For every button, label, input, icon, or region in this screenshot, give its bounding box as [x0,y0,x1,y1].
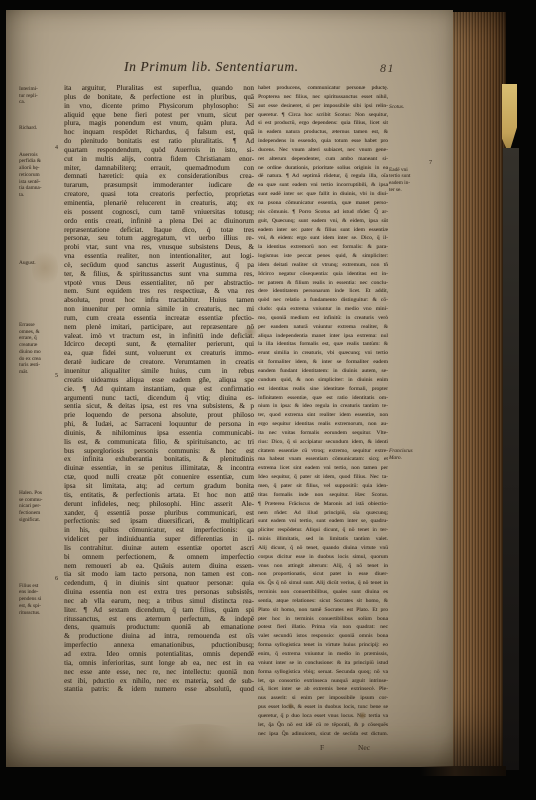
text-line: erunt similia in creaturis, vbi quæcunq;… [258,349,388,358]
text-line: nec ab vlla earum, neq; a tribus simul d… [64,597,254,606]
text-line: in vno, dicente primo Physicorum phyloso… [64,102,254,111]
text-line: queretur. ¶ Circa hoc scribit Scotus: No… [258,111,388,120]
text-line: mo, quoniā medium est infinitū: in creat… [258,314,388,323]
text-line: ducens. Nec vnum alteri subiacet, nec vn… [258,146,388,155]
note-eadem-vni-tertio: 7Eadē vnitertio sunteadem in-ter se. [389,160,435,194]
text-line: vni, & eidem: ergo sunt idem inter se. D… [258,234,388,243]
text-line: sunt eadē inter se: quæ fallit in diuini… [258,190,388,199]
note-number-5: 5 [19,373,61,380]
text-line: nem. Sunt equidem tres res respectiuæ, &… [64,287,254,296]
margin-note-line: Interimi- [19,86,61,93]
note-halensis: Halen. Posse commu-nicari per-fectionems… [19,490,61,524]
text-line: personæ, seu totum aggregatum, vt uerbo … [64,234,254,243]
text-line: infinitatem essentiæ, quæ est ratio iden… [258,394,388,403]
text-line: videlicet per indiuiduantia super differ… [64,535,254,544]
text-line: vtpotè vnus Deus essentialiter, nō per a… [64,279,254,288]
text-line: ne ordine durationis, prioritate solius … [258,164,388,173]
text-column-right: habet producens, communicatur personæ pd… [258,84,388,738]
text-line: lis contrahitur. diuinæ autem essentiæ o… [64,544,254,553]
text-line: ¶ Præterea Frāciscus de Maronis ad istā … [258,500,388,509]
margin-note-line: 5 [19,373,61,380]
text-line: potest fieri illatio. Prima via non quad… [258,623,388,632]
text-line: ter, & filius, & spiritussanctus sunt vn… [64,270,254,279]
text-line: phi, & Iudæi, ac Sarraceni loquuntur de … [64,420,254,429]
text-line: imperfectio annexa emanationibus, pducti… [64,641,254,650]
text-line: ritussanctus, est ens æternum perfectum,… [64,615,254,624]
text-line: Idcirco negatur cōsequentia: quia identi… [258,270,388,279]
page-number: 81 [380,61,395,76]
text-line: cedendum, q̄ in diuinis sint quatuor per… [64,579,254,588]
photo-backdrop: { "header": { "title": "In Primum lib. S… [0,0,536,800]
text-line: ex infinita exhuberantia bonitatis, & pl… [64,455,254,464]
text-line: minis illimitatis, sed in limitatis tant… [258,535,388,544]
text-line: enim, q̄ extrema vniuntur in medio in pr… [258,650,388,659]
text-line: ergo sequitur identitas realis extremoru… [258,420,388,429]
text-line: turarum, præsumpsit immoderanter iudicar… [64,181,254,190]
text-line: diuinis, & nihilominus ipsa essentia com… [64,429,254,438]
page-edge-sliver [502,84,517,154]
margin-note-line: ta. [19,192,61,199]
margin-note-line: creaturæ [19,342,61,349]
text-line: rius: Dico, q̄ si accipiatur secundum id… [258,438,388,447]
note-franciscus-maro: FranciscusMaro. [389,448,435,461]
text-line: absoluta, prout hoc infra tractabitur. H… [64,296,254,305]
text-line: Propterea nec filius, nec spiritussanctu… [258,93,388,102]
text-line: non proportionatis, sicut patet in esse … [258,570,388,579]
text-line: habet producens, communicatur personæ pd… [258,84,388,93]
text-line: ad extra. Ideo omnis potentialitas, omni… [64,650,254,659]
text-line: extrema licet sint eadem vni tertio, non… [258,464,388,473]
text-line: do plenitudo bonitatis est ratio plurali… [64,137,254,146]
text-line: prie loquendo de persona absolute, prout… [64,411,254,420]
margin-note-line: ritussctus. [19,610,61,617]
text-line: cè, secūdum quod sanctus asserit Augusti… [64,261,254,270]
text-line: ita nec vnitas formalis eorundem sequitu… [258,429,388,438]
text-line: ter patrem & filium realis in essentia: … [258,279,388,288]
note-richardus: Richard. [19,125,61,132]
margin-note-line: eadem in- [389,180,435,187]
text-line: valet secundū istos responsio: quoniā om… [258,632,388,641]
margin-note-line: 6 [19,576,61,583]
text-line: idem deitati realiter sit vtrunq; extrem… [258,261,388,270]
text-line: est identitas realis sine identitate for… [258,385,388,394]
text-line: nem rñdet: Ad illud principiū, oīa quæcu… [258,509,388,518]
text-line: repræsentatione deficiat. Itaque dico, q… [64,226,254,235]
text-line: stantia patris: & idem numero esse absol… [64,685,254,694]
margin-note-line: significat. [19,517,61,524]
margin-note-line: diuino mo [19,349,61,356]
text-line: dens, quamuis productum: quoniā ab emana… [64,623,254,632]
text-line: guit, Quæcunq; sunt eadem vni, & eidem, … [258,217,388,226]
text-line: dē natura. ¶ Ad septimā rñdetur, q̄ regu… [258,172,388,181]
text-line: aut esse desineret, si per impossibile s… [258,102,388,111]
text-line: valeat. imò vt tractum est, in infinitū … [64,332,254,341]
text-line: nium in ipsa: & ideo regula in creaturis… [258,402,388,411]
text-line: Idcirco decepti sunt, & ęternaliter peri… [64,340,254,349]
book-fore-edge [453,12,506,768]
margin-note-line: turis æsti- [19,362,61,369]
text-line: pter hoc in terminis conuertibilibus sol… [258,615,388,624]
note-scotus: Scotus. [389,104,435,111]
text-line: men, q̄ pater sit filius, vel suppositū:… [258,482,388,491]
text-line: quartam respondendum, quòd Auerrois in i… [64,146,254,155]
text-line: aliqua independentia manet inter ipsa ex… [258,332,388,341]
text-line: non inuenitur per omnia simile in creatu… [64,305,254,314]
text-line: & productione diuina ad intra, remouenda… [64,632,254,641]
text-line: vna essentia realiter, non intentionalit… [64,252,254,261]
text-line: queretur, q̄ p duo loca esset vnus locus… [258,712,388,721]
margin-note-line: Franciscus [389,448,435,455]
margin-note-line: est, & spi- [19,603,61,610]
text-line: ea quæ sunt eadem vni tertio incorruptib… [258,181,388,190]
text-line: probi vtar, sunt vna res, vnusque subsis… [64,243,254,252]
text-line: eminentia, plenariè relucerent in creatu… [64,199,254,208]
text-line: plura, magis ponendum est vnum, quàm plu… [64,119,254,128]
text-line: est ibi, pductio ex nihilo, nec ex mater… [64,677,254,686]
margin-note-line: reticorum [19,172,61,179]
text-line: inuenitur aliqualiter simile huius, cum … [64,367,254,376]
text-line: vnus non attingit alterum: Alij, q̄ nō t… [258,562,388,571]
margin-note-line: tur repli- [19,93,61,100]
text-line: sentia sicut, & deitas ipsa, est res vna… [64,402,254,411]
margin-note-line: August. [19,260,61,267]
text-line: cie. ¶ Ad quintam instantiam, quæ est co… [64,385,254,394]
margin-note-line: fectionem [19,510,61,517]
margin-note-line: 4 [19,145,61,152]
text-line: miter, damnabiliterq; errauit, quemadmod… [64,164,254,173]
text-line: ter, quod extrema sint realiter idem ess… [258,411,388,420]
margin-note-line: Richard. [19,125,61,132]
text-line: xander, q̄ essentiā posse pluribus commu… [64,509,254,518]
text-line: diuina essentia non est extra tres perso… [64,588,254,597]
text-line: liter. ¶ Ad sextam dicendum, q̄ tam fili… [64,606,254,615]
text-line: ita arguitur, Pluralitas est superflua, … [64,84,254,93]
text-line: argumenti nunc tacti, dicendum q̄ vtiq; … [64,394,254,403]
text-line: dere identitatem personarum inde licet. … [258,287,388,296]
text-line: sit formaliter idem, & inter se formalit… [258,358,388,367]
text-column-left: ita arguitur, Pluralitas est superflua, … [64,84,254,694]
margin-note-line: aliorū hę- [19,165,61,172]
text-line: la illa identitas formalis est, quæ real… [258,340,388,349]
text-line: ma habeat vnam essentiam cōmunicatam: si… [258,455,388,464]
margin-note-line: tia damna- [19,185,61,192]
margin-note-line: Maro. [389,455,435,462]
text-line: derunt infideles, neq; philosophi. Hinc … [64,500,254,509]
text-line: tis, entitatis, & perfectionis artata. E… [64,491,254,500]
text-line: forma syllogistica tenet in virtute huiu… [258,641,388,650]
text-line: aliquid ęque bene fieri potest per vnum,… [64,111,254,120]
text-line: cundum quid, & non simpliciter: in diuin… [258,376,388,385]
margin-note-line: ter se. [389,187,435,194]
text-line: na psona cōmunicatur essentia, quæ manet… [258,199,388,208]
text-line: titas formalis inde non sequitur. Hæc Sc… [258,491,388,500]
margin-note-line: pendens si [19,596,61,603]
text-line: sis. Q̄s q̄ nō simul sunt. Alij dicūt ve… [258,579,388,588]
margin-note-line: Halen. Pos [19,490,61,497]
margin-note-line: 7 [389,160,435,167]
text-line: nec ipsa Q̄n adinuicem, sicut de secūda … [258,730,388,739]
text-line: tia, omnis inferioritas, sunt longe ab e… [64,659,254,668]
catchword: Nec [358,743,370,752]
text-line: demnati hæretici: quia ex considerationi… [64,172,254,181]
text-line: ctæ, quod nulli creatæ pōt conuenire ess… [64,473,254,482]
text-line: cludo: quia extrema vniuntur in medio vn… [258,305,388,314]
text-line: creatore, quasi tota creatoris perfectio… [64,190,254,199]
text-line: in eadem natura productus, æternus tamen… [258,128,388,137]
text-line: ordo entis creati, infinitè a plena Dei … [64,217,254,226]
text-line: quòd nec relatio a fundamento distinguit… [258,296,388,305]
text-line: eadem inter se: pater & filius sunt idem… [258,226,388,235]
text-line: ipsa sit limitata, atq; ad certum gradum… [64,482,254,491]
text-line: bus supergloriosis personis communis: & … [64,447,254,456]
text-line: in his, quibus cōmunicatur, est imperfec… [64,526,254,535]
note-filius: 6Filius estens inde-pendens siest, & spi… [19,576,61,616]
text-line: forma syllogistica vbiq; seruat. Secunda… [258,668,388,677]
text-line: eandem fundant identitatem: in diuinis a… [258,367,388,376]
text-line: la identitas extremorū non est formalis:… [258,243,388,252]
margin-note-line: Errasse [19,322,61,329]
text-line: bi omnem perfectionem, & omnem imperfect… [64,553,254,562]
text-line: citatem essentiæ cū vtroq; extremo, sequ… [258,447,388,456]
edge-shadow-band [503,148,519,770]
text-line: ret alterum dependenter, cum ambo manean… [258,155,388,164]
text-line: terminis non conuertibilibus, quales sun… [258,588,388,597]
note-august: August. [19,260,61,267]
text-line: pus esset locus, & esset in duobus locis… [258,703,388,712]
text-line: deratè iudicare de creatore. Verumtamen … [64,358,254,367]
text-line: vniunt inter se in conclusione: & ita pr… [258,659,388,668]
text-line: Alij dicunt, q̄ nō tenet, quando diuina … [258,544,388,553]
text-line: eis possent cognosci, cum tamē vniuersit… [64,208,254,217]
text-line: si est productū, ergo dependens: quia fi… [258,119,388,128]
text-line: Ideo sequitur, q̄ pater sit idem, quod f… [258,473,388,482]
text-line: nem remoueri ab ea. Quāuis autem diuina … [64,562,254,571]
margin-note-line: ca. [19,99,61,106]
foxing-stain [32,248,58,288]
text-line: corpus dicitur esse in duobus locis simu… [258,553,388,562]
book-page: In Primum lib. Sententiarum. 81 ita argu… [6,10,453,767]
margin-note-line: Scotus. [389,104,435,111]
text-line: ea, quæ fidei sunt, voluerunt ex creatur… [64,349,254,358]
text-line: pliciter respōdetur. Aliqui dicunt, q̄ n… [258,526,388,535]
book-bottom-edge [420,766,506,776]
text-line: logismus iste peccat penes quid, & simpl… [258,252,388,261]
note-auerrois: 4Auerroisperfidia &aliorū hę-reticorumis… [19,145,61,199]
text-line: creatis uideamus aliqua esse eadem gñe, … [64,376,254,385]
text-line: Plato sit homo, non tamē Socrates est Pl… [258,606,388,615]
text-line: nem plenè imitari, participare, aut repr… [64,323,254,332]
foxing-stain [156,724,246,758]
text-line: hoc inquam respōdet Richardus, q̄ falsum… [64,128,254,137]
note-interimitur-replica: Interimi-tur repli-ca. [19,86,61,106]
text-line: sentia, atque relationes: sicut Socrates… [258,597,388,606]
signature-mark: F [320,743,324,752]
text-line: let, q̄a Q̄n nō est idē cū re tēporali, … [258,721,388,730]
text-line: nec esse ante esse, nec re, nec intellec… [64,668,254,677]
text-line: cut in multis alijs, contra fidem Christ… [64,155,254,164]
text-line: cā, licet inter se ab extremis bene extr… [258,685,388,694]
text-line: independens in essendo, quia totum esse … [258,137,388,146]
running-title: In Primum lib. Sententiarum. [124,59,299,75]
text-line: lis est, & communicata filio, & spiritui… [64,438,254,447]
text-line: nis cōmunis. ¶ Porro Scotus ad istud rñd… [258,208,388,217]
text-line: per eandem naturā vniuntur extrema reali… [258,323,388,332]
text-line: rum, cum creata essentia increatæ essent… [64,314,254,323]
note-errasse: Errasseomnes, &errare, q̄creaturædiuino … [19,322,61,376]
text-line: tia sit modo iam tacto persona, non tame… [64,570,254,579]
text-line: nus asserit: si enim per impossibile ips… [258,694,388,703]
text-line: plus de bonitate, & perfectione est in p… [64,93,254,102]
text-line: perfectionis: sed ipsam diuersificari, &… [64,517,254,526]
text-line: diuinæ essentiæ, in se penitus illimitat… [64,464,254,473]
text-line: sunt eadem vni tertio, sunt eadem inter … [258,517,388,526]
text-line: let, qa consortio extrinseca nunquā argu… [258,677,388,686]
